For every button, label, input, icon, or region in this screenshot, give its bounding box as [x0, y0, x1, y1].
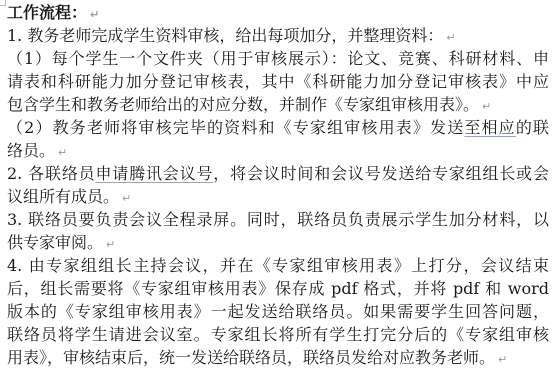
heading-text: 工作流程：	[7, 3, 87, 22]
substep-1-text-2: 请表和科研能力加分登记审核表，其中《科研能力加分登记审核表》中应	[7, 72, 549, 91]
step-4-line-1: 4. 由专家组组长主持会议，并在《专家组审核用表》上打分，会议结束	[7, 254, 549, 277]
step-2-line-2: 议组所有成员。↵	[7, 185, 549, 208]
step-3-text-1: 3. 联络员要负责会议全程录屏。同时，联络员负责展示学生加分材料，以	[7, 210, 549, 229]
step-3-line-1: 3. 联络员要负责会议全程录屏。同时，联络员负责展示学生加分材料，以	[7, 208, 549, 231]
substep-1-text-1: （1）每个学生一个文件夹（用于审核展示）：论文、竞赛、科研材料、申	[7, 49, 549, 68]
step-2-text-1: 2. 各联络员	[7, 164, 95, 183]
paragraph-mark-icon: ↵	[58, 146, 67, 159]
step-1-line: 1. 教务老师完成学生资料审核，给出每项加分，并整理资料：↵	[7, 24, 549, 47]
page-corner-marker	[0, 0, 6, 6]
step-4-line-2: 后，组长需要将《专家组审核用表》保存成 pdf 格式，并将 pdf 和 word	[7, 277, 549, 300]
step-4-text-3: 版本的《专家组审核用表》一起发送给联络员。如果需要学生回答问题，	[7, 302, 549, 321]
paragraph-mark-icon: ↵	[90, 8, 99, 21]
step-2-text-tail: ，将会议时间和会议号发送给专家组组长或会	[213, 164, 549, 183]
paragraph-mark-icon: ↵	[122, 192, 131, 205]
substep-2-line-1: （2）教务老师将审核完毕的资料和《专家组审核用表》发送至相应的联	[7, 116, 549, 139]
paragraph-mark-icon: ↵	[446, 31, 455, 44]
step-4-text-4: 联络员将学生请进会议室。专家组长将所有学生打完分后的《专家组审核	[7, 325, 549, 344]
substep-1-line-3: 包含学生和教务老师给出的对应分数，并制作《专家组审核用表》。↵	[7, 93, 549, 116]
substep-2-text-2: 络员。	[7, 141, 55, 160]
step-4-line-5: 用表》，审核结束后，统一发送给联络员，联络员发给对应教务老师。↵	[7, 346, 549, 369]
paragraph-mark-icon: ↵	[498, 353, 507, 366]
step-4-text-5: 用表》，审核结束后，统一发送给联络员，联络员发给对应教务老师。	[7, 348, 495, 367]
step-4-line-3: 版本的《专家组审核用表》一起发送给联络员。如果需要学生回答问题，	[7, 300, 549, 323]
step-1-text: 1. 教务老师完成学生资料审核，给出每项加分，并整理资料：	[7, 26, 443, 45]
paragraph-mark-icon: ↵	[482, 100, 491, 113]
substep-1-line-2: 请表和科研能力加分登记审核表，其中《科研能力加分登记审核表》中应	[7, 70, 549, 93]
paragraph-mark-icon: ↵	[106, 238, 115, 251]
section-heading: 工作流程：↵	[7, 1, 549, 24]
grammar-underline-text[interactable]: 申请腾讯会议号	[95, 164, 213, 183]
substep-1-text-3: 包含学生和教务老师给出的对应分数，并制作《专家组审核用表》。	[7, 95, 479, 114]
step-2-text-2: 议组所有成员。	[7, 187, 119, 206]
substep-1-line-1: （1）每个学生一个文件夹（用于审核展示）：论文、竞赛、科研材料、申	[7, 47, 549, 70]
step-3-line-2: 供专家审阅。↵	[7, 231, 549, 254]
step-4-line-4: 联络员将学生请进会议室。专家组长将所有学生打完分后的《专家组审核	[7, 323, 549, 346]
step-3-text-2: 供专家审阅。	[7, 233, 103, 252]
step-4-text-1: 4. 由专家组组长主持会议，并在《专家组审核用表》上打分，会议结束	[7, 256, 549, 275]
step-4-text-2: 后，组长需要将《专家组审核用表》保存成 pdf 格式，并将 pdf 和 word	[7, 279, 549, 298]
document-body: 工作流程：↵ 1. 教务老师完成学生资料审核，给出每项加分，并整理资料：↵ （1…	[7, 1, 549, 369]
grammar-underline-text[interactable]: 至相应	[464, 118, 515, 137]
substep-2-text-tail: 的联	[516, 118, 549, 137]
substep-2-text-1: （2）教务老师将审核完毕的资料和《专家组审核用表》发送	[7, 118, 464, 137]
step-2-line-1: 2. 各联络员申请腾讯会议号，将会议时间和会议号发送给专家组组长或会	[7, 162, 549, 185]
substep-2-line-2: 络员。↵	[7, 139, 549, 162]
